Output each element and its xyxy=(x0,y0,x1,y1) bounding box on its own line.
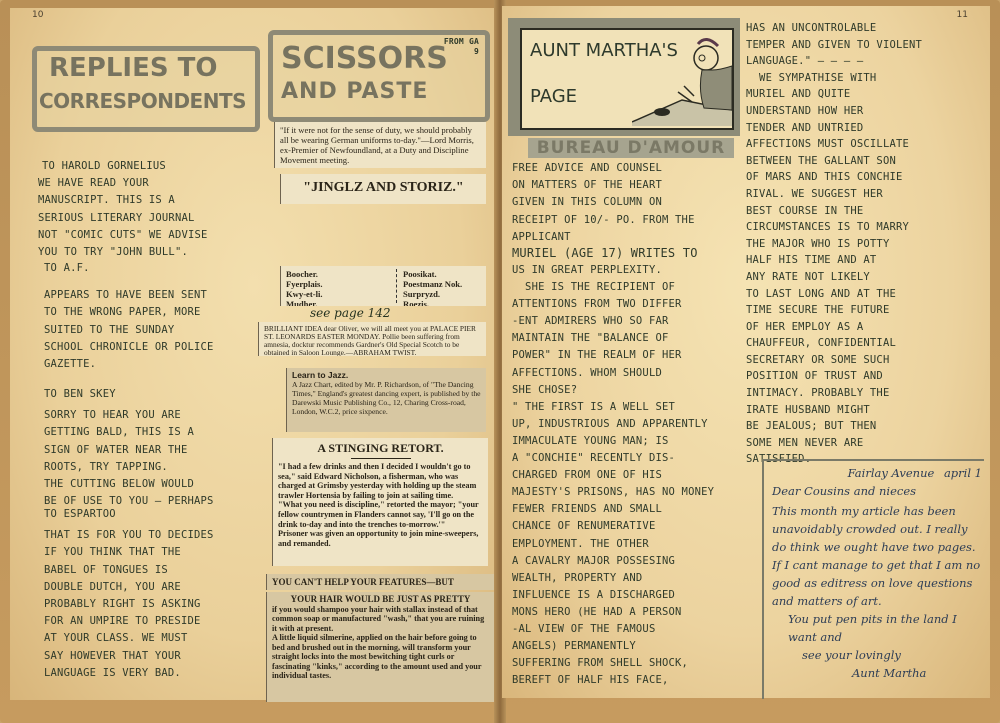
letter-closing: You put pen pits in the land I want and xyxy=(772,610,982,646)
clipping-text: A Jazz Chart, edited by Mr. P. Richardso… xyxy=(292,380,481,416)
word-item: Fyerplais. xyxy=(286,279,376,289)
clipping-learn-jazz: Learn to Jazz. A Jazz Chart, edited by M… xyxy=(286,368,486,432)
clipping-brilliant-idea: BRILLIANT IDEA dear Oliver, we will all … xyxy=(258,322,486,356)
clipping-duty-quote: "If it were not for the sense of duty, w… xyxy=(274,122,486,168)
reply-entry: To Espartoo That is for you to decides i… xyxy=(44,506,289,682)
reply-entry: To Ben Skey Sorry to hear you are gettin… xyxy=(44,386,289,510)
clipping-heading: Learn to Jazz. xyxy=(292,371,481,380)
clipping-heading: YOUR HAIR WOULD BE JUST AS PRETTY xyxy=(272,595,489,605)
left-page: 10 Replies To Correspondents To Harold G… xyxy=(10,8,498,700)
aunt-title-line2: Page xyxy=(530,86,577,107)
clipping-heading: "JINGLZ AND STORIZ." xyxy=(303,180,463,195)
clipping-jinglz-title: "JINGLZ AND STORIZ." xyxy=(280,174,486,204)
see-page-note: see page 142 xyxy=(310,304,391,322)
reply-body: Appears to have been sent to the wrong p… xyxy=(44,287,274,373)
aunt-martha-illustration: Aunt Martha's Page xyxy=(520,28,734,130)
reply-entry: To Harold Gornelius We have read your ma… xyxy=(42,158,272,261)
reply-heading: To Espartoo xyxy=(44,506,289,523)
word-item: Surpryzd. xyxy=(403,289,462,299)
clipping-paragraph: A little liquid silmerine, applied on th… xyxy=(272,633,489,681)
clipping-stinging-retort: A STINGING RETORT. "I had a few drinks a… xyxy=(272,438,488,566)
clipping-paragraph: "What you need is discipline," retorted … xyxy=(278,500,483,529)
word-item: Poosikat. xyxy=(403,269,462,279)
reply-heading: To A.F. xyxy=(44,260,274,277)
scissors-title-box: Scissors and Paste From ga 9 xyxy=(268,30,490,122)
reply-heading: To Harold Gornelius xyxy=(42,158,272,175)
clipping-paragraph: "I had a few drinks and then I decided I… xyxy=(278,462,483,500)
clipping-paragraph: if you would shampoo your hair with stal… xyxy=(272,605,489,634)
reply-body: We have read your manuscript. This is a … xyxy=(38,175,272,261)
word-item: Boocher. xyxy=(286,269,376,279)
divider xyxy=(351,458,411,459)
advice-column-2: has an uncontrolable temper and given to… xyxy=(746,20,986,468)
reply-entry: To A.F. Appears to have been sent to the… xyxy=(44,260,274,373)
advice-intro: Free advice and counsel on matters of th… xyxy=(512,160,752,246)
clipping-word-list: Boocher. Fyerplais. Kwy-et-li. Mudher. P… xyxy=(280,266,486,306)
muriel-line: Muriel (age 17) writes to xyxy=(512,244,752,262)
scissors-title-line2: and Paste xyxy=(281,79,428,104)
clipping-heading: YOU CAN'T HELP YOUR FEATURES—BUT xyxy=(272,577,454,587)
clipping-hair: YOUR HAIR WOULD BE JUST AS PRETTY if you… xyxy=(266,592,494,702)
page-number: 11 xyxy=(957,10,968,20)
reply-body: That is for you to decides if you think … xyxy=(44,527,289,682)
page-number: 10 xyxy=(32,10,43,20)
word-list-left: Boocher. Fyerplais. Kwy-et-li. Mudher. xyxy=(286,269,376,303)
clipping-heading: A STINGING RETORT. xyxy=(278,441,483,455)
letter-date: april 1 xyxy=(944,466,982,480)
letter-signoff: see your lovingly xyxy=(772,646,982,664)
letter-signature: Aunt Martha xyxy=(772,664,982,682)
reply-body: Sorry to hear you are getting bald, this… xyxy=(44,407,289,510)
word-item: Kwy-et-li. xyxy=(286,289,376,299)
aunt-martha-letter: Fairlay Avenue april 1 Dear Cousins and … xyxy=(772,464,982,682)
scrapbook: 10 Replies To Correspondents To Harold G… xyxy=(0,0,1000,723)
scissors-title-line1: Scissors xyxy=(281,41,448,76)
advice-column-1: us in great perplexity. She is the recip… xyxy=(512,262,762,689)
word-item: Poestmanz Nok. xyxy=(403,279,462,289)
letter-salutation: Dear Cousins and nieces xyxy=(772,482,982,500)
clipping-text: BRILLIANT IDEA dear Oliver, we will all … xyxy=(264,324,476,356)
bureau-damour-banner: Bureau d'Amour xyxy=(528,138,734,158)
clipping-features-heading: YOU CAN'T HELP YOUR FEATURES—BUT xyxy=(266,574,494,590)
word-list-right: Poosikat. Poestmanz Nok. Surpryzd. Roezi… xyxy=(396,269,462,303)
reply-heading: To Ben Skey xyxy=(44,386,289,403)
letter-divider xyxy=(762,459,984,461)
word-item: Roezis. xyxy=(403,299,462,306)
replies-title-line1: Replies To xyxy=(49,53,217,83)
replies-title-box: Replies To Correspondents xyxy=(32,46,260,132)
letter-body: This month my article has been unavoidab… xyxy=(772,502,982,610)
clipping-paragraph: Prisoner was given an opportunity to joi… xyxy=(278,529,483,548)
woman-at-desk-icon xyxy=(632,30,732,126)
clipping-text: "If it were not for the sense of duty, w… xyxy=(280,125,474,165)
letter-border xyxy=(762,459,764,699)
scissors-annotation: From ga 9 xyxy=(439,37,479,57)
replies-title-line2: Correspondents xyxy=(39,89,246,113)
aunt-martha-header: Aunt Martha's Page xyxy=(508,18,740,136)
letter-address-text: Fairlay Avenue xyxy=(848,466,935,480)
letter-address: Fairlay Avenue april 1 xyxy=(772,464,982,482)
